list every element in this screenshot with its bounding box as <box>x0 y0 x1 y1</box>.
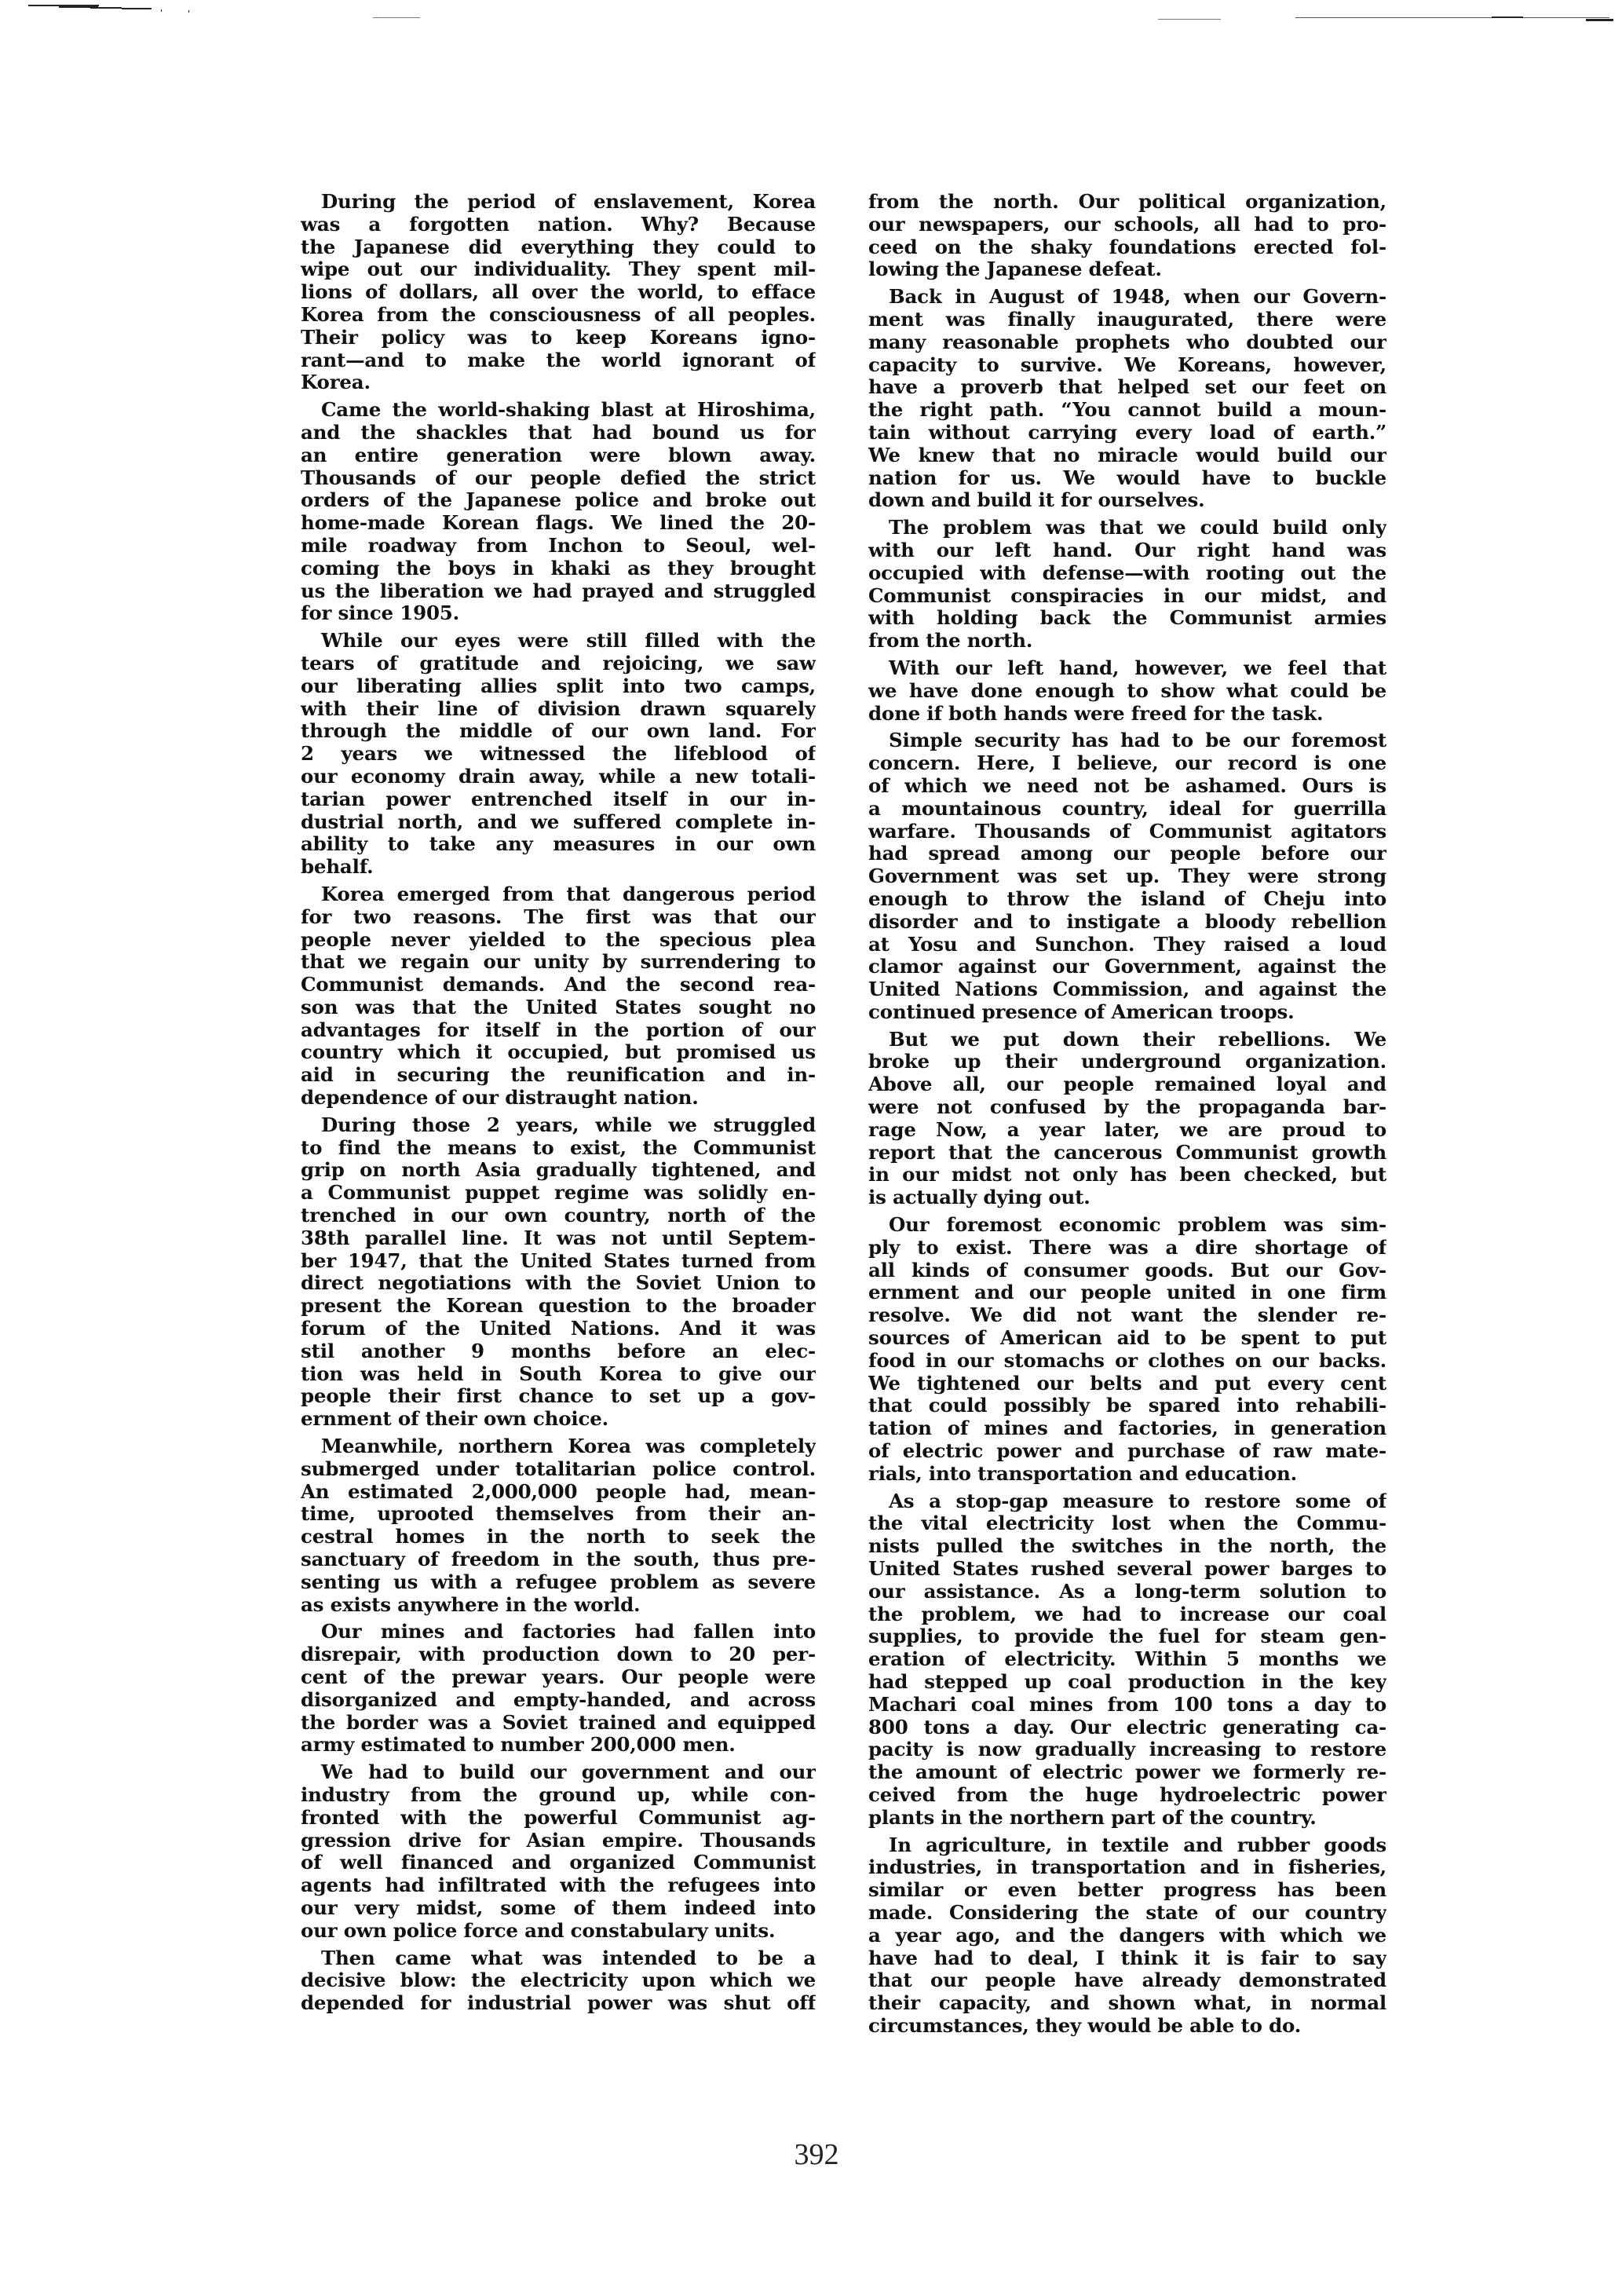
text-line: United States rushed several power barge… <box>868 1558 1386 1581</box>
paragraph: During those 2 years, while we struggled… <box>301 1114 816 1431</box>
text-line: concern. Here, I believe, our record is … <box>868 752 1386 775</box>
text-line: ply to exist. There was a dire shortage … <box>868 1237 1386 1260</box>
text-line: army estimated to number 200,000 men. <box>301 1734 816 1757</box>
text-line: Communist conspiracies in our midst, and <box>868 585 1386 608</box>
text-line: decisive blow: the electricity upon whic… <box>301 1969 816 1992</box>
text-line: Korea from the consciousness of all peop… <box>301 304 816 327</box>
paragraph: But we put down their rebellions. Webrok… <box>868 1029 1386 1209</box>
text-line: to find the means to exist, the Communis… <box>301 1137 816 1160</box>
text-line: continued presence of American troops. <box>868 1001 1386 1024</box>
text-line: the problem, we had to increase our coal <box>868 1603 1386 1626</box>
text-line: disorganized and empty-handed, and acros… <box>301 1689 816 1712</box>
text-line: cestral homes in the north to seek the <box>301 1526 816 1548</box>
text-line: that we regain our unity by surrendering… <box>301 951 816 974</box>
paragraph: Simple security has had to be our foremo… <box>868 729 1386 1023</box>
text-line: present the Korean question to the broad… <box>301 1295 816 1318</box>
text-line: Machari coal mines from 100 tons a day t… <box>868 1694 1386 1717</box>
paragraph: Korea emerged from that dangerous period… <box>301 883 816 1110</box>
text-line: the border was a Soviet trained and equi… <box>301 1712 816 1735</box>
text-line: circumstances, they would be able to do. <box>868 2015 1386 2038</box>
text-line: is actually dying out. <box>868 1186 1386 1209</box>
text-line: broke up their underground organization. <box>868 1051 1386 1073</box>
text-line: cent of the prewar years. Our people wer… <box>301 1666 816 1689</box>
paragraph: We had to build our government and ourin… <box>301 1761 816 1942</box>
text-line: tain without carrying every load of eart… <box>868 422 1386 444</box>
text-line: country which it occupied, but promised … <box>301 1041 816 1064</box>
text-line: fronted with the powerful Communist ag- <box>301 1807 816 1830</box>
text-line: aid in securing the reunification and in… <box>301 1064 816 1087</box>
text-line: the right path. “You cannot build a moun… <box>868 399 1386 422</box>
text-line: as exists anywhere in the world. <box>301 1594 816 1617</box>
text-line: us the liberation we had prayed and stru… <box>301 580 816 603</box>
text-line: disorder and to instigate a bloody rebel… <box>868 911 1386 934</box>
text-line: have a proverb that helped set our feet … <box>868 376 1386 399</box>
text-line: Communist demands. And the second rea- <box>301 974 816 996</box>
text-line: we have done enough to show what could b… <box>868 680 1386 703</box>
text-line: their capacity, and shown what, in norma… <box>868 1992 1386 2015</box>
text-line: nists pulled the switches in the north, … <box>868 1535 1386 1558</box>
text-line: rials, into transportation and education… <box>868 1463 1386 1486</box>
text-line: all kinds of consumer goods. But our Gov… <box>868 1260 1386 1282</box>
paragraph: While our eyes were still filled with th… <box>301 630 816 879</box>
text-line: at Yosu and Sunchon. They raised a loud <box>868 934 1386 956</box>
text-line: eration of electricity. Within 5 months … <box>868 1648 1386 1671</box>
text-line: ceived from the huge hydroelectric power <box>868 1784 1386 1807</box>
text-line: industries, in transportation and in fis… <box>868 1856 1386 1879</box>
text-line: enough to throw the island of Cheju into <box>868 888 1386 911</box>
text-line: Government was set up. They were strong <box>868 865 1386 888</box>
text-line: our liberating allies split into two cam… <box>301 675 816 698</box>
text-line: ernment and our people united in one fir… <box>868 1281 1386 1304</box>
text-line: tation of mines and factories, in genera… <box>868 1417 1386 1440</box>
text-line: our economy drain away, while a new tota… <box>301 766 816 788</box>
paragraph: As a stop-gap measure to restore some of… <box>868 1490 1386 1830</box>
text-line: with their line of division drawn square… <box>301 698 816 721</box>
text-line: trenched in our own country, north of th… <box>301 1205 816 1227</box>
text-line: son was that the United States sought no <box>301 996 816 1019</box>
text-line: home-made Korean flags. We lined the 20- <box>301 512 816 535</box>
text-line: Our foremost economic problem was sim- <box>868 1214 1386 1237</box>
text-line: and the shackles that had bound us for <box>301 422 816 444</box>
text-line: orders of the Japanese police and broke … <box>301 489 816 512</box>
text-line: rant—and to make the world ignorant of <box>301 349 816 372</box>
text-line: of which we need not be ashamed. Ours is <box>868 775 1386 798</box>
text-line: wipe out our individuality. They spent m… <box>301 258 816 281</box>
text-line: done if both hands were freed for the ta… <box>868 703 1386 726</box>
paragraph: Our foremost economic problem was sim-pl… <box>868 1214 1386 1486</box>
text-line: had stepped up coal production in the ke… <box>868 1671 1386 1694</box>
document-page: During the period of enslavement, Koreaw… <box>0 0 1622 2296</box>
paragraph: Back in August of 1948, when our Govern-… <box>868 286 1386 512</box>
text-line: in our midst not only has been checked, … <box>868 1164 1386 1186</box>
text-line: was a forgotten nation. Why? Because <box>301 214 816 236</box>
text-line: with holding back the Communist armies <box>868 607 1386 630</box>
paragraph: Then came what was intended to be adecis… <box>301 1947 816 2015</box>
text-line: ability to take any measures in our own <box>301 833 816 856</box>
text-line: that our people have already demonstrate… <box>868 1969 1386 1992</box>
paragraph: Meanwhile, northern Korea was completely… <box>301 1435 816 1616</box>
text-line: We had to build our government and our <box>301 1761 816 1784</box>
text-line: many reasonable prophets who doubted our <box>868 331 1386 354</box>
text-line: senting us with a refugee problem as sev… <box>301 1571 816 1594</box>
paragraph: With our left hand, however, we feel tha… <box>868 657 1386 725</box>
text-line: Above all, our people remained loyal and <box>868 1073 1386 1096</box>
text-line: similar or even better progress has been <box>868 1879 1386 1902</box>
text-line: rage Now, a year later, we are proud to <box>868 1119 1386 1142</box>
text-line: plants in the northern part of the count… <box>868 1807 1386 1830</box>
text-line: a mountainous country, ideal for guerril… <box>868 798 1386 821</box>
text-line: ber 1947, that the United States turned … <box>301 1250 816 1273</box>
text-line: depended for industrial power was shut o… <box>301 1992 816 2015</box>
text-line: industry from the ground up, while con- <box>301 1784 816 1807</box>
text-column-left: During the period of enslavement, Koreaw… <box>301 191 816 2020</box>
text-line: that could possibly be spared into rehab… <box>868 1395 1386 1417</box>
text-line: We tightened our belts and put every cen… <box>868 1373 1386 1395</box>
text-line: United Nations Commission, and against t… <box>868 978 1386 1001</box>
text-line: Came the world-shaking blast at Hiroshim… <box>301 399 816 422</box>
text-line: down and build it for ourselves. <box>868 489 1386 512</box>
text-line: direct negotiations with the Soviet Unio… <box>301 1272 816 1295</box>
text-line: pacity is now gradually increasing to re… <box>868 1738 1386 1761</box>
text-line: the Japanese did everything they could t… <box>301 236 816 259</box>
text-line: for since 1905. <box>301 602 816 625</box>
text-line: submerged under totalitarian police cont… <box>301 1458 816 1481</box>
text-line: nation for us. We would have to buckle <box>868 467 1386 490</box>
text-line: a year ago, and the dangers with which w… <box>868 1925 1386 1947</box>
text-line: Meanwhile, northern Korea was completely <box>301 1435 816 1458</box>
paragraph: Came the world-shaking blast at Hiroshim… <box>301 399 816 625</box>
text-line: had spread among our people before our <box>868 843 1386 865</box>
text-line: Then came what was intended to be a <box>301 1947 816 1970</box>
paragraph: from the north. Our political organizati… <box>868 191 1386 281</box>
text-line: tears of gratitude and rejoicing, we saw <box>301 653 816 675</box>
text-line: our newspapers, our schools, all had to … <box>868 214 1386 236</box>
text-line: of electric power and purchase of raw ma… <box>868 1440 1386 1463</box>
text-line: the vital electricity lost when the Comm… <box>868 1512 1386 1535</box>
text-line: But we put down their rebellions. We <box>868 1029 1386 1051</box>
text-line: The problem was that we could build only <box>868 517 1386 539</box>
text-line: advantages for itself in the portion of … <box>301 1019 816 1042</box>
text-line: of well financed and organized Communist <box>301 1852 816 1874</box>
text-line: an entire generation were blown away. <box>301 444 816 467</box>
text-line: 800 tons a day. Our electric generating … <box>868 1717 1386 1739</box>
text-line: time, uprooted themselves from their an- <box>301 1503 816 1526</box>
text-line: While our eyes were still filled with th… <box>301 630 816 653</box>
text-line: During those 2 years, while we struggled <box>301 1114 816 1137</box>
text-line: stil another 9 months before an elec- <box>301 1340 816 1363</box>
text-line: With our left hand, however, we feel tha… <box>868 657 1386 680</box>
text-line: Korea. <box>301 371 816 394</box>
text-line: tarian power entrenched itself in our in… <box>301 788 816 811</box>
text-line: report that the cancerous Communist grow… <box>868 1142 1386 1164</box>
text-line: ernment of their own choice. <box>301 1408 816 1431</box>
text-line: a Communist puppet regime was solidly en… <box>301 1182 816 1205</box>
paragraph: During the period of enslavement, Koreaw… <box>301 191 816 394</box>
text-line: agents had infiltrated with the refugees… <box>301 1874 816 1897</box>
text-line: through the middle of our own land. For <box>301 720 816 743</box>
text-line: from the north. Our political organizati… <box>868 191 1386 214</box>
text-line: lions of dollars, all over the world, to… <box>301 281 816 304</box>
text-line: occupied with defense—with rooting out t… <box>868 562 1386 585</box>
text-line: sources of American aid to be spent to p… <box>868 1327 1386 1350</box>
text-line: resolve. We did not want the slender re- <box>868 1304 1386 1327</box>
text-line: forum of the United Nations. And it was <box>301 1318 816 1340</box>
paragraph: In agriculture, in textile and rubber go… <box>868 1834 1386 2038</box>
paragraph: The problem was that we could build only… <box>868 517 1386 653</box>
text-line: disrepair, with production down to 20 pe… <box>301 1643 816 1666</box>
text-line: from the north. <box>868 630 1386 653</box>
text-line: dependence of our distraught nation. <box>301 1087 816 1110</box>
text-line: Their policy was to keep Koreans igno- <box>301 327 816 349</box>
text-line: clamor against our Government, against t… <box>868 956 1386 978</box>
text-line: behalf. <box>301 856 816 879</box>
text-line: Thousands of our people defied the stric… <box>301 467 816 490</box>
text-line: food in our stomachs or clothes on our b… <box>868 1350 1386 1373</box>
text-line: gression drive for Asian empire. Thousan… <box>301 1830 816 1852</box>
text-line: our very midst, some of them indeed into <box>301 1897 816 1920</box>
text-line: supplies, to provide the fuel for steam … <box>868 1625 1386 1648</box>
text-line: ceed on the shaky foundations erected fo… <box>868 236 1386 259</box>
text-line: our own police force and constabulary un… <box>301 1920 816 1943</box>
text-line: with our left hand. Our right hand was <box>868 539 1386 562</box>
paragraph: Our mines and factories had fallen intod… <box>301 1621 816 1757</box>
text-line: tion was held in South Korea to give our <box>301 1363 816 1386</box>
page-number: 392 <box>777 2137 856 2172</box>
text-line: 38th parallel line. It was not until Sep… <box>301 1227 816 1250</box>
scan-edge-artifacts <box>0 0 1622 31</box>
text-line: During the period of enslavement, Korea <box>301 191 816 214</box>
text-line: were not confused by the propaganda bar- <box>868 1096 1386 1119</box>
text-line: our assistance. As a long-term solution … <box>868 1581 1386 1603</box>
text-line: Our mines and factories had fallen into <box>301 1621 816 1643</box>
text-line: lowing the Japanese defeat. <box>868 258 1386 281</box>
text-line: We knew that no miracle would build our <box>868 444 1386 467</box>
text-line: An estimated 2,000,000 people had, mean- <box>301 1481 816 1504</box>
text-line: capacity to survive. We Koreans, however… <box>868 354 1386 377</box>
text-line: sanctuary of freedom in the south, thus … <box>301 1548 816 1571</box>
text-line: Korea emerged from that dangerous period <box>301 883 816 906</box>
text-line: As a stop-gap measure to restore some of <box>868 1490 1386 1513</box>
text-line: Simple security has had to be our foremo… <box>868 729 1386 752</box>
text-line: mile roadway from Inchon to Seoul, wel- <box>301 535 816 558</box>
text-line: made. Considering the state of our count… <box>868 1902 1386 1925</box>
text-line: 2 years we witnessed the lifeblood of <box>301 743 816 766</box>
text-line: grip on north Asia gradually tightened, … <box>301 1159 816 1182</box>
text-line: the amount of electric power we formerly… <box>868 1761 1386 1784</box>
text-line: people never yielded to the specious ple… <box>301 929 816 952</box>
text-line: Back in August of 1948, when our Govern- <box>868 286 1386 309</box>
text-column-right: from the north. Our political organizati… <box>868 191 1386 2042</box>
text-line: for two reasons. The first was that our <box>301 906 816 929</box>
text-line: people their first chance to set up a go… <box>301 1385 816 1408</box>
text-line: dustrial north, and we suffered complete… <box>301 811 816 834</box>
text-line: In agriculture, in textile and rubber go… <box>868 1834 1386 1857</box>
text-line: coming the boys in khaki as they brought <box>301 558 816 580</box>
text-line: have had to deal, I think it is fair to … <box>868 1947 1386 1970</box>
text-line: warfare. Thousands of Communist agitator… <box>868 821 1386 843</box>
text-line: ment was finally inaugurated, there were <box>868 309 1386 331</box>
